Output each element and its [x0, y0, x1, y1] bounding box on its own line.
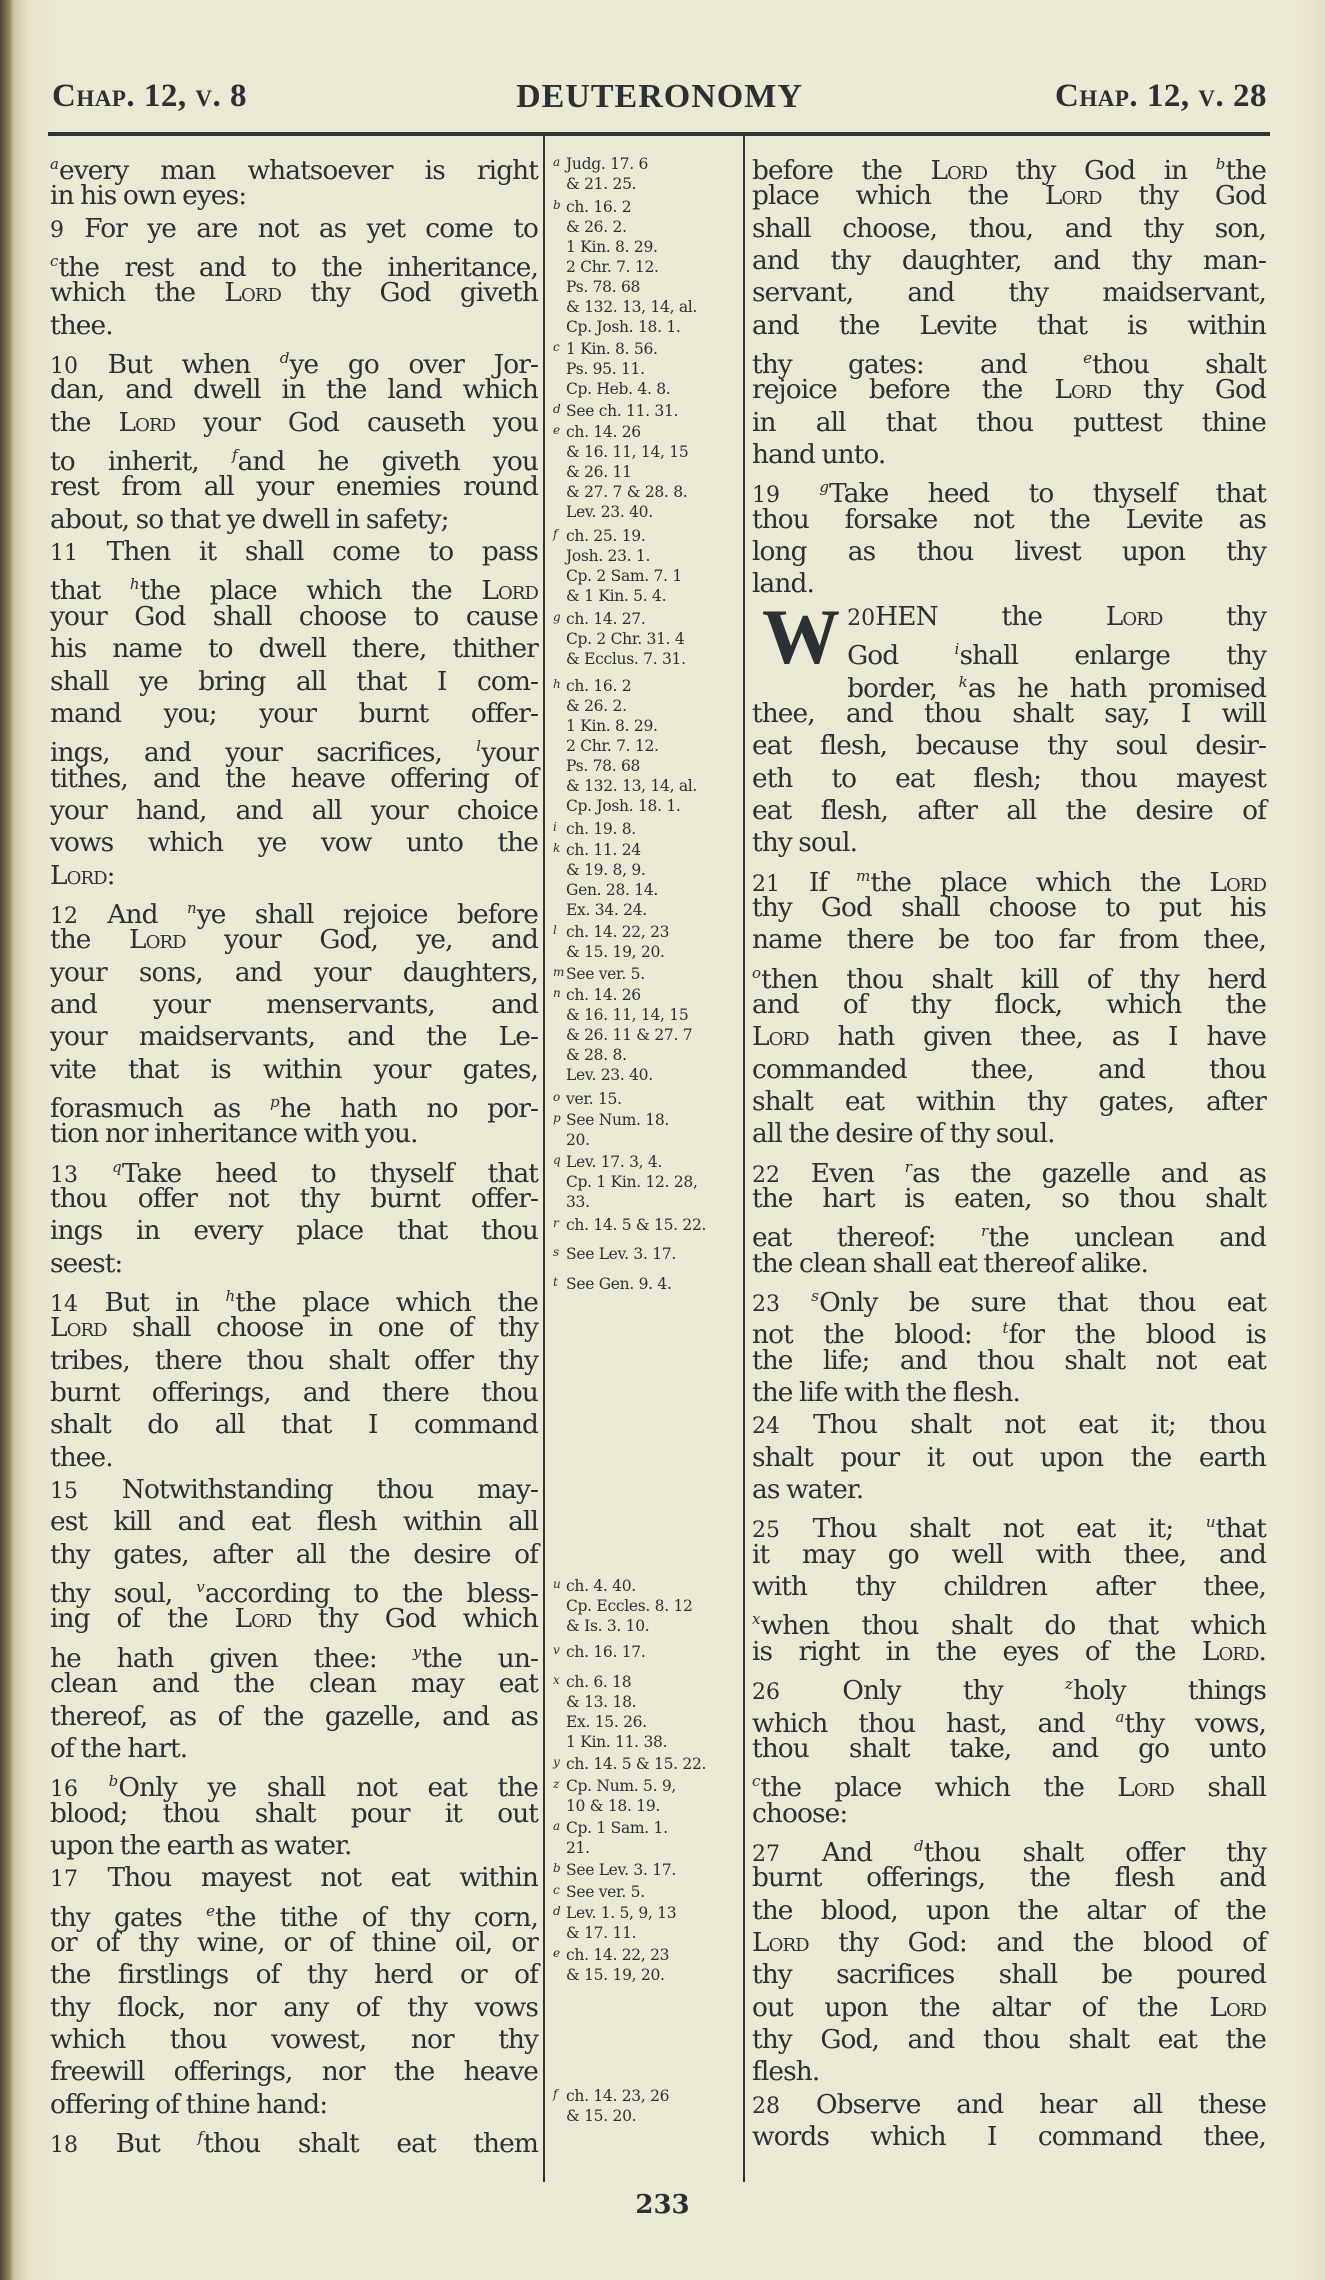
text-run: thy	[1162, 601, 1266, 632]
text-run: your God causeth you	[175, 407, 538, 438]
text-line: 24 Thou shalt not eat it; thou	[752, 1409, 1266, 1441]
text-line: shalt pour it out upon the earth	[752, 1442, 1266, 1474]
reference-marker: i	[955, 640, 959, 658]
cross-reference-line: Ps. 95. 11.	[553, 359, 741, 379]
text-line: 14 But in hthe place which the	[50, 1280, 538, 1312]
text-line: forasmuch as phe hath no por-	[50, 1086, 538, 1118]
text-line: thy gates ethe tithe of thy corn,	[50, 1895, 538, 1927]
text-run: out upon the altar of the	[752, 1992, 1209, 2023]
text-run: :	[107, 860, 115, 891]
cross-reference-line: Lev. 23. 40.	[553, 502, 741, 522]
cross-reference-letter: c	[553, 1880, 566, 1900]
cross-reference-text: Ex. 34. 24.	[566, 901, 647, 919]
cross-reference-line: fch. 25. 19.	[553, 524, 741, 546]
text-line: the life; and thou shalt not eat	[752, 1345, 1266, 1377]
text-run: Thou mayest not eat within	[78, 1862, 538, 1893]
cross-reference-text: Ps. 78. 68	[566, 757, 640, 775]
text-run: shall choose, thou, and thy son,	[752, 213, 1266, 244]
cross-reference: sSee Lev. 3. 17.	[553, 1242, 741, 1264]
text-run: shalt eat within thy gates, after	[752, 1086, 1266, 1117]
cross-reference: zCp. Num. 5. 9,10 & 18. 19.	[553, 1774, 741, 1816]
text-line: place which the Lord thy God	[752, 180, 1266, 212]
cross-reference-text: See Lev. 3. 17.	[566, 1245, 676, 1263]
text-run: thy soul.	[752, 827, 857, 858]
verse-number: 18	[50, 2133, 78, 2158]
reference-marker: r	[905, 1158, 911, 1176]
text-line: vows which ye vow unto the	[50, 827, 538, 859]
cross-reference-line: Cp. Eccles. 8. 12	[553, 1596, 741, 1616]
text-line: not the blood: tfor the blood is	[752, 1312, 1266, 1344]
cross-reference-text: ch. 16. 2	[566, 198, 631, 216]
verse-number: 9	[50, 218, 64, 243]
cross-reference-text: ch. 14. 27.	[566, 610, 645, 628]
cross-reference-text: Gen. 28. 14.	[566, 881, 658, 899]
cross-reference-line: 1 Kin. 8. 29.	[553, 237, 741, 257]
text-run: it may go well with thee, and	[752, 1539, 1266, 1570]
text-line: he hath given thee: ythe un-	[50, 1636, 538, 1668]
text-run: and your menservants, and	[50, 989, 538, 1020]
cross-reference-text: & 21. 25.	[566, 175, 636, 193]
cross-reference: hch. 16. 2& 26. 2.1 Kin. 8. 29.2 Chr. 7.…	[553, 674, 741, 816]
cross-reference-line: pSee Num. 18.	[553, 1108, 741, 1130]
text-run: Then it shall come to pass	[78, 536, 538, 567]
cross-reference-text: & 26. 11	[566, 463, 632, 481]
header-rule	[48, 132, 1270, 136]
text-line: your God shall choose to cause	[50, 601, 538, 633]
text-run: as water.	[752, 1474, 863, 1505]
text-line: eat flesh, after all the desire of	[752, 795, 1266, 827]
text-line: servant, and thy maidservant,	[752, 277, 1266, 309]
text-run: the blood, upon the altar of the	[752, 1895, 1266, 1926]
cross-reference-letter: b	[553, 1858, 566, 1878]
cross-reference-text: & 15. 19, 20.	[566, 1966, 665, 1984]
divine-name-small-caps: Lord	[1202, 1636, 1259, 1667]
cross-reference-letter: t	[553, 1272, 566, 1292]
cross-reference-text: Lev. 23. 40.	[566, 1066, 653, 1084]
cross-reference: rch. 14. 5 & 15. 22.	[553, 1213, 741, 1235]
text-line: thee, and thou shalt say, I will	[752, 698, 1266, 730]
text-run: your hand, and all your choice	[50, 795, 538, 826]
text-line: Lord thy God: and the blood of	[752, 1927, 1266, 1959]
cross-reference-line: ech. 14. 22, 23	[553, 1943, 741, 1965]
reference-marker: q	[112, 1158, 121, 1176]
text-line: thy God shall choose to put his	[752, 892, 1266, 924]
cross-reference-text: See Gen. 9. 4.	[566, 1275, 672, 1293]
text-run: clean and the clean may eat	[50, 1668, 538, 1699]
text-run: dan, and dwell in the land which	[50, 374, 538, 405]
cross-reference-line: c1 Kin. 8. 56.	[553, 337, 741, 359]
text-run: and thy daughter, and thy man-	[752, 245, 1266, 276]
text-line: aevery man whatsoever is right	[50, 148, 538, 180]
cross-reference-letter: e	[553, 1943, 566, 1963]
cross-reference-text: Lev. 17. 3, 4.	[566, 1153, 662, 1171]
cross-reference-text: ch. 14. 26	[566, 423, 641, 441]
cross-reference-text: & 132. 13, 14, al.	[566, 777, 697, 795]
text-line: freewill offerings, nor the heave	[50, 2056, 538, 2088]
text-line: name there be too far from thee,	[752, 924, 1266, 956]
cross-reference-text: 1 Kin. 8. 29.	[566, 238, 658, 256]
cross-reference: over. 15.	[553, 1087, 741, 1109]
text-line: 9 For ye are not as yet come to	[50, 213, 538, 245]
cross-reference-letter: z	[553, 1774, 566, 1794]
text-line: Lord hath given thee, as I have	[752, 1021, 1266, 1053]
cross-reference-line: Ps. 78. 68	[553, 277, 741, 297]
text-run: land.	[752, 568, 814, 599]
text-line: vite that is within your gates,	[50, 1054, 538, 1086]
cross-reference-text: 1 Kin. 8. 29.	[566, 717, 658, 735]
text-line: your hand, and all your choice	[50, 795, 538, 827]
text-line: the Lord your God, ye, and	[50, 924, 538, 956]
cross-reference-text: ch. 14. 22, 23	[566, 1946, 669, 1964]
text-run: thy God: and the blood of	[809, 1927, 1266, 1958]
cross-reference-letter: k	[553, 838, 566, 858]
cross-reference-text: & 16. 11, 14, 15	[566, 443, 688, 461]
text-run: thee.	[50, 1442, 113, 1473]
cross-reference-line: 1 Kin. 8. 29.	[553, 716, 741, 736]
cross-reference-line: & 16. 11, 14, 15	[553, 1005, 741, 1025]
text-run: in all that thou puttest thine	[752, 407, 1266, 438]
cross-reference: dSee ch. 11. 31.	[553, 399, 741, 421]
text-run: shall ye bring all that I com-	[50, 666, 538, 697]
text-run: with thy children after thee,	[752, 1571, 1266, 1602]
divine-name-small-caps: Lord	[1209, 1992, 1266, 2023]
verse-number: 24	[752, 1414, 780, 1439]
text-run: your sons, and your daughters,	[50, 957, 538, 988]
text-run: shalt pour it out upon the earth	[752, 1442, 1266, 1473]
text-line: and of thy flock, which the	[752, 989, 1266, 1021]
cross-reference-text: 20.	[566, 1131, 590, 1149]
cross-reference-line: Cp. Josh. 18. 1.	[553, 796, 741, 816]
text-run: shalt do all that I command	[50, 1409, 538, 1440]
text-line: thy gates, after all the desire of	[50, 1539, 538, 1571]
cross-reference-line: 1 Kin. 11. 38.	[553, 1732, 741, 1752]
page-number: 233	[0, 2190, 1325, 2220]
verse-number: 17	[50, 1867, 78, 1892]
reference-marker: d	[280, 349, 289, 367]
text-line: mand you; your burnt offer-	[50, 698, 538, 730]
cross-reference-line: & 21. 25.	[553, 174, 741, 194]
text-line: offering of thine hand:	[50, 2089, 538, 2121]
text-run: servant, and thy maidservant,	[752, 277, 1266, 308]
text-run: rest from all your enemies round	[50, 471, 538, 502]
book-spine-shadow	[0, 0, 14, 2280]
divine-name-small-caps: Lord	[224, 277, 281, 308]
cross-reference-line: over. 15.	[553, 1087, 741, 1109]
cross-reference-text: & 26. 11 & 27. 7	[566, 1026, 692, 1044]
cross-reference-line: 33.	[553, 1192, 741, 1212]
cross-reference-text: 1 Kin. 11. 38.	[566, 1733, 667, 1751]
cross-reference-line: Josh. 23. 1.	[553, 546, 741, 566]
cross-reference-line: lch. 14. 22, 23	[553, 920, 741, 942]
cross-reference-line: rch. 14. 5 & 15. 22.	[553, 1213, 741, 1235]
text-line: 19 gTake heed to thyself that	[752, 471, 1266, 503]
text-run: flesh.	[752, 2056, 819, 2087]
text-run: thou shalt take, and go unto	[752, 1733, 1266, 1764]
text-line: it may go well with thee, and	[752, 1539, 1266, 1571]
text-line: thee.	[50, 310, 538, 342]
text-line: 23 sOnly be sure that thou eat	[752, 1280, 1266, 1312]
cross-reference-line: mSee ver. 5.	[553, 962, 741, 984]
reference-marker: z	[1065, 1675, 1072, 1693]
cross-reference-text: & 28. 8.	[566, 1046, 627, 1064]
column-divider-right	[743, 136, 745, 2182]
cross-reference-line: & 26. 11	[553, 462, 741, 482]
cross-reference-line: & 1 Kin. 5. 4.	[553, 586, 741, 606]
text-line: thy sacrifices shall be poured	[752, 1959, 1266, 1991]
cross-reference: bch. 16. 2& 26. 2.1 Kin. 8. 29.2 Chr. 7.…	[553, 195, 741, 337]
divine-name-small-caps: Lord	[50, 860, 107, 891]
cross-reference-letter: s	[553, 1242, 566, 1262]
text-line: burnt offerings, the flesh and	[752, 1862, 1266, 1894]
cross-reference-line: Cp. 2 Sam. 7. 1	[553, 566, 741, 586]
cross-reference: aCp. 1 Sam. 1.21.	[553, 1816, 741, 1858]
reference-marker: e	[1083, 349, 1091, 367]
cross-reference-text: 2 Chr. 7. 12.	[566, 258, 659, 276]
cross-reference-line: Ex. 15. 26.	[553, 1712, 741, 1732]
text-line: the Lord your God causeth you	[50, 407, 538, 439]
cross-reference-letter: m	[553, 962, 566, 982]
text-line: thee.	[50, 1442, 538, 1474]
text-run: rejoice before the	[752, 374, 1054, 405]
cross-reference-line: & 16. 11, 14, 15	[553, 442, 741, 462]
cross-reference-text: ch. 14. 5 & 15. 22.	[566, 1216, 706, 1234]
cross-reference-text: ch. 14. 22, 23	[566, 923, 669, 941]
cross-reference-line: & 19. 8, 9.	[553, 860, 741, 880]
cross-reference-text: & Ecclus. 7. 31.	[566, 650, 686, 668]
cross-reference-text: 21.	[566, 1839, 590, 1857]
cross-reference: gch. 14. 27.Cp. 2 Chr. 31. 4& Ecclus. 7.…	[553, 607, 741, 669]
text-run: thy gates, after all the desire of	[50, 1539, 538, 1570]
text-run: thou shalt eat them	[203, 2128, 538, 2159]
column-divider-left	[543, 136, 545, 2182]
text-run: the	[50, 407, 118, 438]
text-run: place which the	[752, 180, 1045, 211]
cross-reference-letter: u	[553, 1574, 566, 1594]
cross-reference-text: ch. 4. 40.	[566, 1577, 636, 1595]
divine-name-small-caps: Lord	[118, 407, 175, 438]
cross-reference-text: ch. 16. 17.	[566, 1643, 645, 1661]
text-run: thy God shall choose to put his	[752, 892, 1266, 923]
text-line: out upon the altar of the Lord	[752, 1992, 1266, 2024]
text-line: eat flesh, because thy soul desir-	[752, 730, 1266, 762]
text-run: tribes, there thou shalt offer thy	[50, 1345, 538, 1376]
cross-reference-text: ch. 19. 8.	[566, 820, 636, 838]
cross-reference: ich. 19. 8.	[553, 817, 741, 839]
text-line: 15 Notwithstanding thou may-	[50, 1474, 538, 1506]
verse-number: 20	[847, 606, 875, 631]
cross-reference-line: Ps. 78. 68	[553, 756, 741, 776]
reference-marker: a	[50, 155, 58, 173]
cross-reference: ych. 14. 5 & 15. 22.	[553, 1752, 741, 1774]
cross-reference-line: Cp. 1 Kin. 12. 28,	[553, 1172, 741, 1192]
cross-reference-text: ver. 15.	[566, 1090, 622, 1108]
text-line: burnt offerings, and there thou	[50, 1377, 538, 1409]
cross-reference-line: kch. 11. 24	[553, 838, 741, 860]
divine-name-small-caps: Lord	[1054, 374, 1111, 405]
reference-marker: k	[959, 673, 967, 691]
text-line: clean and the clean may eat	[50, 1668, 538, 1700]
text-line: thy God, and thou shalt eat the	[752, 2024, 1266, 2056]
cross-reference: fch. 14. 23, 26& 15. 20.	[553, 2084, 741, 2126]
cross-reference-line: & 15. 19, 20.	[553, 942, 741, 962]
divine-name-small-caps: Lord	[235, 1603, 292, 1634]
text-run: and the Levite that is within	[752, 310, 1266, 341]
text-line: your maidservants, and the Le-	[50, 1021, 538, 1053]
text-run: the firstlings of thy herd or of	[50, 1959, 538, 1990]
cross-reference-letter: r	[553, 1213, 566, 1233]
cross-reference-line: cSee ver. 5.	[553, 1880, 741, 1902]
text-run: or of thy wine, or of thine oil, or	[50, 1927, 538, 1958]
reference-marker: l	[476, 737, 480, 755]
reference-marker: a	[1115, 1708, 1123, 1726]
reference-marker: y	[413, 1643, 421, 1661]
cross-reference-text: Cp. Josh. 18. 1.	[566, 797, 681, 815]
cross-reference-letter: o	[553, 1087, 566, 1107]
text-line: othen thou shalt kill of thy herd	[752, 957, 1266, 989]
text-run: thy God which	[291, 1603, 538, 1634]
cross-reference-text: ch. 11. 24	[566, 841, 641, 859]
cross-reference-line: bSee Lev. 3. 17.	[553, 1858, 741, 1880]
cross-reference-letter: g	[553, 607, 566, 627]
text-line: shall choose, thou, and thy son,	[752, 213, 1266, 245]
text-run: vite that is within your gates,	[50, 1054, 538, 1085]
text-line: your sons, and your daughters,	[50, 957, 538, 989]
text-run: name there be too far from thee,	[752, 924, 1266, 955]
cross-reference-text: See ver. 5.	[566, 1883, 645, 1901]
text-run: eat flesh, after all the desire of	[752, 795, 1266, 826]
text-line: all the desire of thy soul.	[752, 1118, 1266, 1150]
text-run: But	[78, 2128, 198, 2159]
cross-reference-letter: y	[553, 1752, 566, 1772]
text-run: thee, and thou shalt say, I will	[752, 698, 1266, 729]
verse-number: 11	[50, 541, 78, 566]
cross-reference-line: ech. 14. 26	[553, 420, 741, 442]
cross-reference-text: Ps. 78. 68	[566, 278, 640, 296]
cross-reference-line: aJudg. 17. 6	[553, 152, 741, 174]
cross-reference-text: Cp. Eccles. 8. 12	[566, 1597, 693, 1615]
cross-reference-line: & 15. 20.	[553, 2106, 741, 2126]
text-run: the life with the flesh.	[752, 1377, 1020, 1408]
cross-reference-line: ich. 19. 8.	[553, 817, 741, 839]
cross-reference-line: uch. 4. 40.	[553, 1574, 741, 1596]
text-line: the hart is eaten, so thou shalt	[752, 1183, 1266, 1215]
cross-reference-text: 33.	[566, 1193, 590, 1211]
cross-reference: lch. 14. 22, 23& 15. 19, 20.	[553, 920, 741, 962]
divine-name-small-caps: Lord	[50, 1312, 107, 1343]
text-line: thy gates: and ethou shalt	[752, 342, 1266, 374]
text-run: your maidservants, and the Le-	[50, 1021, 538, 1052]
reference-marker: o	[752, 964, 760, 982]
text-run: ings in every place that thou	[50, 1215, 538, 1246]
text-run: your God, ye, and	[186, 924, 538, 955]
text-line: words which I command thee,	[752, 2121, 1266, 2153]
cross-reference-letter: c	[553, 337, 566, 357]
cross-reference-text: Cp. Num. 5. 9,	[566, 1777, 676, 1795]
cross-reference-letter: f	[553, 2084, 566, 2104]
text-run: is right in the eyes of the	[752, 1636, 1202, 1667]
left-text-column: aevery man whatsoever is rightin his own…	[50, 148, 538, 2153]
text-line: 20WHEN the Lord thy	[752, 601, 1266, 633]
verse-number: 15	[50, 1479, 78, 1504]
cross-reference-text: Cp. Josh. 18. 1.	[566, 318, 681, 336]
text-line: and the Levite that is within	[752, 310, 1266, 342]
text-line: Lord shall choose in one of thy	[50, 1312, 538, 1344]
reference-marker: n	[187, 899, 196, 917]
text-line: commanded thee, and thou	[752, 1054, 1266, 1086]
cross-reference-line: fch. 14. 23, 26	[553, 2084, 741, 2106]
cross-reference-line: Ex. 34. 24.	[553, 900, 741, 920]
text-run: which the	[50, 277, 224, 308]
cross-reference-text: Cp. 2 Sam. 7. 1	[566, 567, 682, 585]
text-line: rejoice before the Lord thy God	[752, 374, 1266, 406]
running-head: Chap. 12, v. 8 DEUTERONOMY Chap. 12, v. …	[52, 78, 1267, 128]
text-run: hath given thee, as I have	[809, 1021, 1266, 1052]
cross-reference-letter: f	[553, 524, 566, 544]
cross-reference-line: vch. 16. 17.	[553, 1640, 741, 1662]
cross-reference-letter: d	[553, 399, 566, 419]
text-run: the	[50, 924, 129, 955]
cross-reference: vch. 16. 17.	[553, 1640, 741, 1662]
text-run: HEN the	[875, 601, 1106, 632]
text-run: thereof, as of the gazelle, and as	[50, 1701, 538, 1732]
cross-reference-line: & 15. 19, 20.	[553, 1965, 741, 1985]
cross-reference-text: See Num. 18.	[566, 1111, 669, 1129]
cross-reference-letter: b	[553, 195, 566, 215]
cross-reference-line: & 26. 2.	[553, 217, 741, 237]
text-line: shalt do all that I command	[50, 1409, 538, 1441]
cross-reference-text: Josh. 23. 1.	[566, 547, 650, 565]
text-run: freewill offerings, nor the heave	[50, 2056, 538, 2087]
text-run: all the desire of thy soul.	[752, 1118, 1055, 1149]
cross-reference-line: Cp. Heb. 4. 8.	[553, 379, 741, 399]
text-run: burnt offerings, and there thou	[50, 1377, 538, 1408]
text-run: thou forsake not the Levite as	[752, 504, 1266, 535]
cross-reference-line: gch. 14. 27.	[553, 607, 741, 629]
cross-reference-letter: x	[553, 1670, 566, 1690]
cross-reference-letter: p	[553, 1108, 566, 1128]
text-run: .	[1259, 1636, 1267, 1667]
cross-reference-line: zCp. Num. 5. 9,	[553, 1774, 741, 1796]
text-run: vows which ye vow unto the	[50, 827, 538, 858]
cross-reference-text: & 15. 19, 20.	[566, 943, 665, 961]
cross-reference: uch. 4. 40.Cp. Eccles. 8. 12& Is. 3. 10.	[553, 1574, 741, 1636]
reference-marker: g	[819, 478, 828, 496]
cross-reference-text: & 19. 8, 9.	[566, 861, 646, 879]
divine-name-small-caps: Lord	[1045, 180, 1102, 211]
cross-reference-text: & 13. 18.	[566, 1693, 636, 1711]
text-line: rest from all your enemies round	[50, 471, 538, 503]
cross-reference: tSee Gen. 9. 4.	[553, 1272, 741, 1294]
text-line: thou forsake not the Levite as	[752, 504, 1266, 536]
text-line: cthe rest and to the inheritance,	[50, 245, 538, 277]
cross-reference-text: & 1 Kin. 5. 4.	[566, 587, 666, 605]
text-line: 25 Thou shalt not eat it; uthat	[752, 1506, 1266, 1538]
text-run: Thou shalt not eat it; thou	[780, 1409, 1266, 1440]
text-line: with thy children after thee,	[752, 1571, 1266, 1603]
text-line: hand unto.	[752, 439, 1266, 471]
reference-marker: h	[130, 575, 139, 593]
drop-cap: W	[762, 607, 839, 667]
cross-reference-line: & 132. 13, 14, al.	[553, 297, 741, 317]
cross-reference-letter: n	[553, 983, 566, 1003]
text-line: 22 Even ras the gazelle and as	[752, 1151, 1266, 1183]
cross-reference-letter: i	[553, 817, 566, 837]
text-line: ings, and your sacrifices, lyour	[50, 730, 538, 762]
text-run: For ye are not as yet come to	[64, 213, 538, 244]
text-line: before the Lord thy God in bthe	[752, 148, 1266, 180]
cross-reference-text: See ch. 11. 31.	[566, 402, 678, 420]
text-line: xwhen thou shalt do that which	[752, 1603, 1266, 1635]
